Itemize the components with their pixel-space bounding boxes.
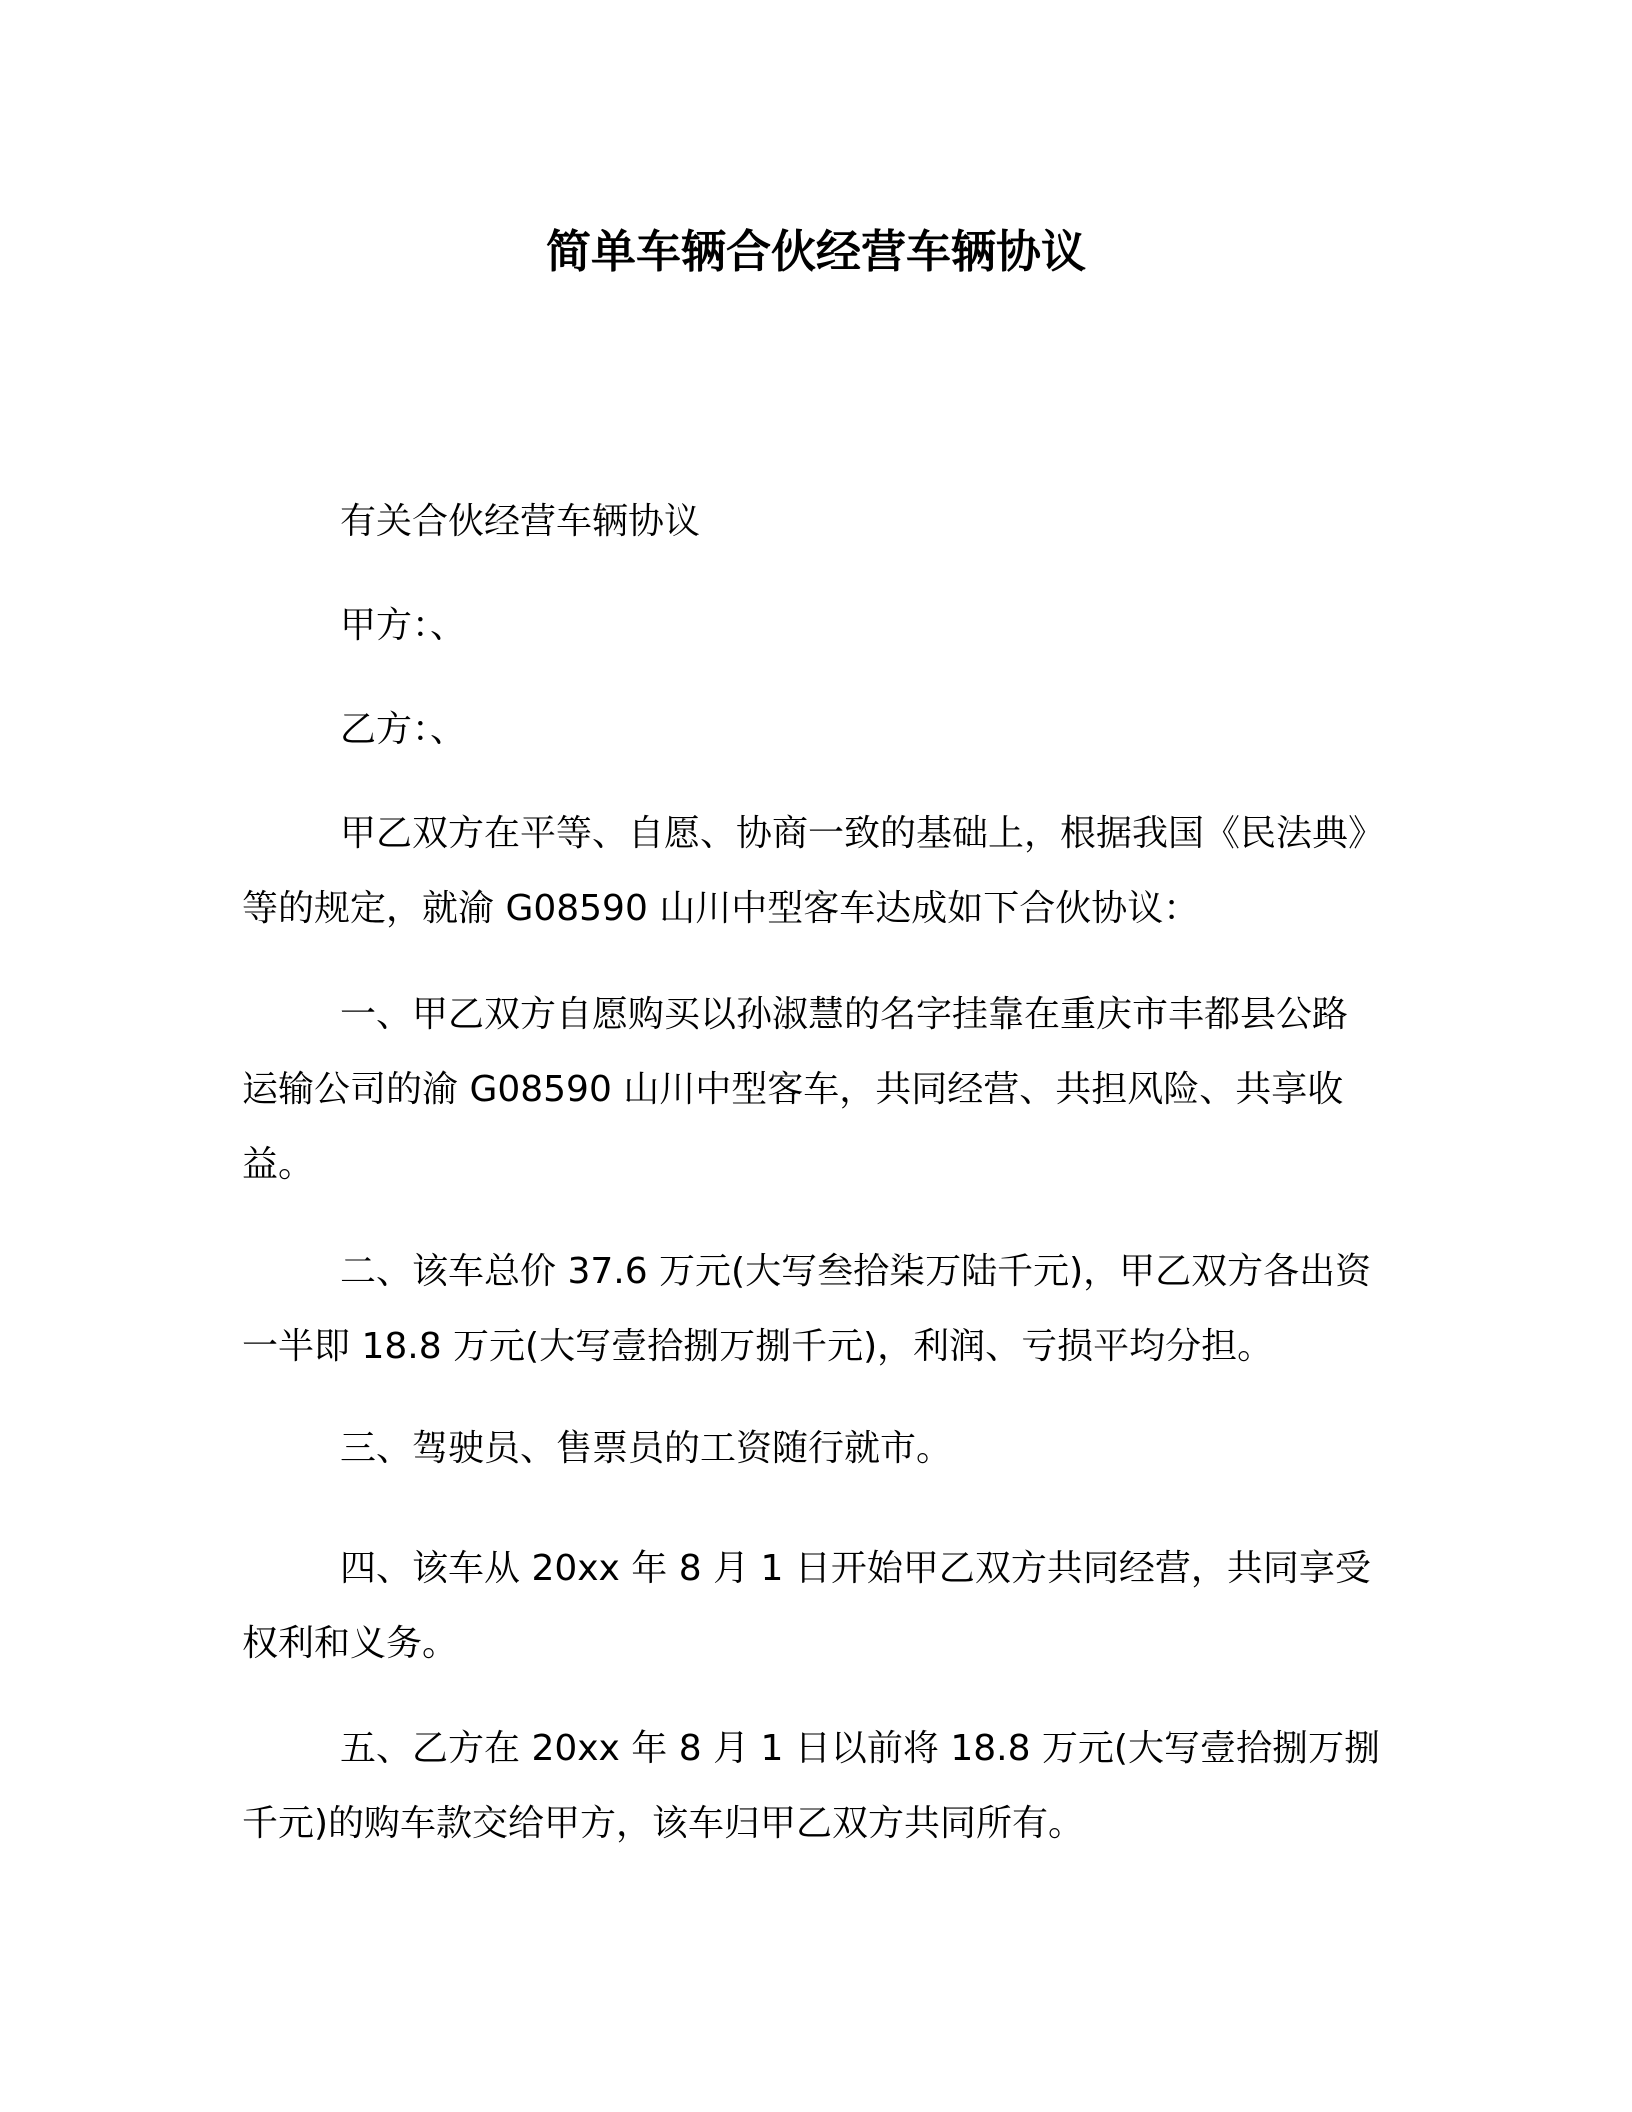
subheading: 有关合伙经营车辆协议 — [340, 500, 700, 544]
paragraph-line: 甲乙双方在平等、自愿、协商一致的基础上，根据我国《民法典》 — [340, 812, 1384, 856]
paragraph-line: 二、该车总价 37.6 万元(大写叁拾柒万陆千元)，甲乙双方各出资 — [340, 1250, 1371, 1294]
paragraph-line: 运输公司的渝 G08590 山川中型客车，共同经营、共担风险、共享收 — [242, 1068, 1343, 1112]
paragraph-line: 一、甲乙双方自愿购买以孙淑慧的名字挂靠在重庆市丰都县公路 — [340, 993, 1348, 1037]
paragraph-line: 益。 — [242, 1143, 314, 1187]
paragraph-line: 等的规定，就渝 G08590 山川中型客车达成如下合伙协议： — [242, 887, 1199, 931]
party-a-line: 甲方：、 — [340, 604, 466, 648]
paragraph-line: 权利和义务。 — [242, 1622, 458, 1666]
paragraph-line: 四、该车从 20xx 年 8 月 1 日开始甲乙双方共同经营，共同享受 — [340, 1547, 1371, 1591]
document-page: 简单车辆合伙经营车辆协议 有关合伙经营车辆协议 甲方：、 乙方：、 甲乙双方在平… — [0, 0, 1632, 2112]
paragraph-line: 三、驾驶员、售票员的工资随行就市。 — [340, 1427, 952, 1471]
paragraph-line: 千元)的购车款交给甲方，该车归甲乙双方共同所有。 — [242, 1802, 1084, 1846]
party-b-line: 乙方：、 — [340, 708, 466, 752]
document-title: 简单车辆合伙经营车辆协议 — [0, 222, 1632, 282]
paragraph-line: 一半即 18.8 万元(大写壹拾捌万捌千元)，利润、亏损平均分担。 — [242, 1325, 1273, 1369]
paragraph-line: 五、乙方在 20xx 年 8 月 1 日以前将 18.8 万元(大写壹拾捌万捌 — [340, 1727, 1380, 1771]
